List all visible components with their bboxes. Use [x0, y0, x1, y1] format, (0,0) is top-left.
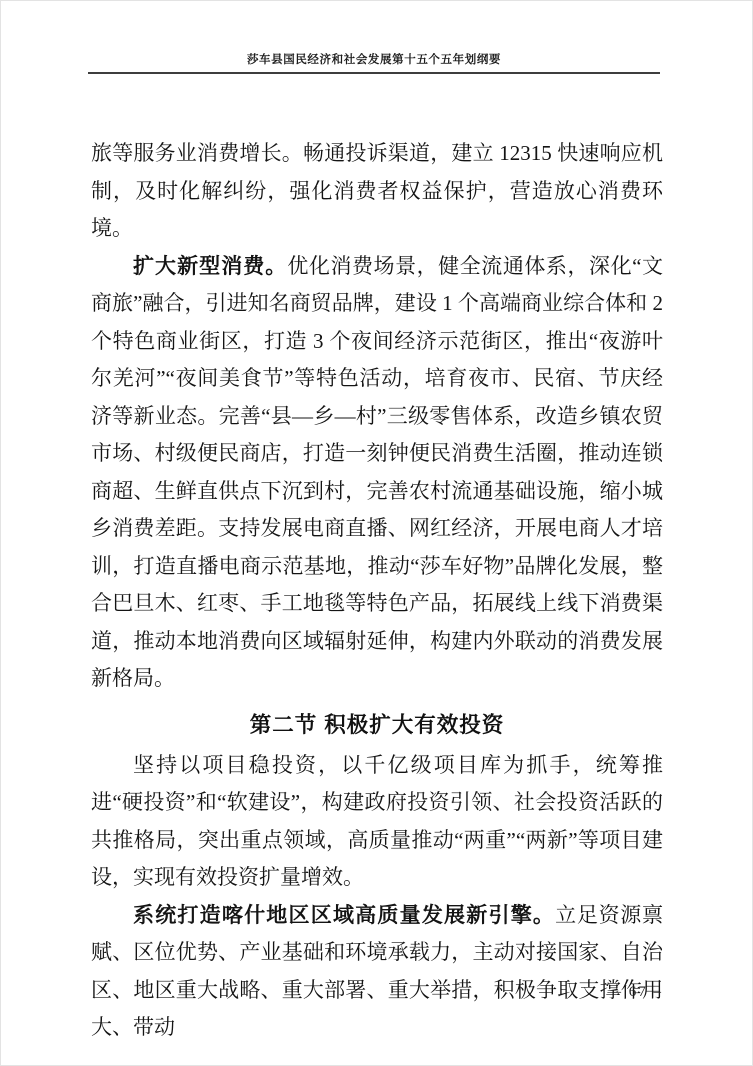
- section-heading: 第二节 积极扩大有效投资: [91, 706, 663, 744]
- paragraph-new-consumption: 扩大新型消费。优化消费场景，健全流通体系，深化“文商旅”融合，引进知名商贸品牌，…: [91, 248, 663, 698]
- page-footer: – 67 –: [91, 984, 663, 1001]
- page-header: 莎车县国民经济和社会发展第十五个五年划纲要: [88, 51, 660, 74]
- paragraph-kashgar-engine: 系统打造喀什地区区域高质量发展新引擎。立足资源禀赋、区位优势、产业基础和环境承载…: [91, 897, 663, 1047]
- paragraph-bold-lead: 系统打造喀什地区区域高质量发展新引擎。: [133, 904, 555, 927]
- paragraph-text: 优化消费场景，健全流通体系，深化“文商旅”融合，引进知名商贸品牌，建设 1 个高…: [91, 254, 663, 691]
- header-title: 莎车县国民经济和社会发展第十五个五年划纲要: [247, 54, 501, 66]
- document-page: 莎车县国民经济和社会发展第十五个五年划纲要 旅等服务业消费增长。畅通投诉渠道，建…: [0, 0, 753, 1066]
- paragraph-continuation: 旅等服务业消费增长。畅通投诉渠道，建立 12315 快速响应机制，及时化解纠纷，…: [91, 135, 663, 248]
- document-body: 旅等服务业消费增长。畅通投诉渠道，建立 12315 快速响应机制，及时化解纠纷，…: [91, 135, 663, 1047]
- page-number: – 67 –: [614, 984, 664, 1000]
- paragraph-investment: 坚持以项目稳投资，以千亿级项目库为抓手，统筹推进“硬投资”和“软建设”，构建政府…: [91, 747, 663, 897]
- paragraph-bold-lead: 扩大新型消费。: [133, 255, 287, 278]
